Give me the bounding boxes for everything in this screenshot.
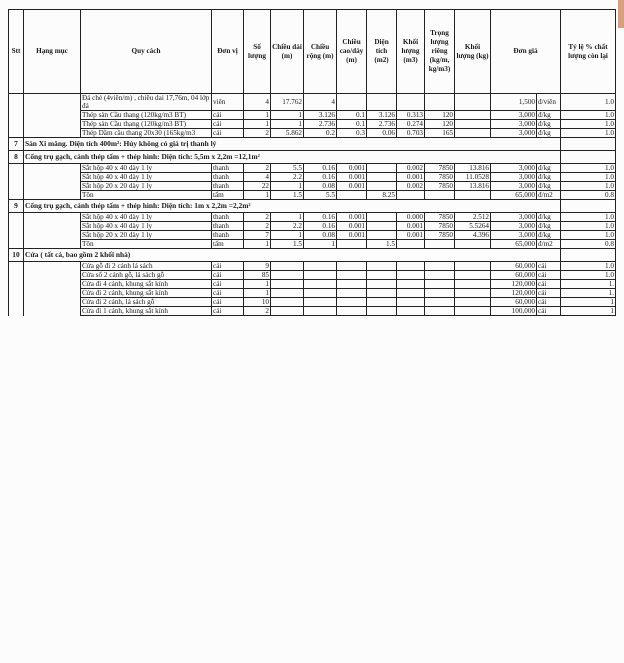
stt-cell bbox=[9, 240, 24, 249]
gia-dv-cell: đ/viên bbox=[537, 94, 561, 111]
dai-cell: 1 bbox=[271, 213, 304, 222]
gia-dv-cell: đ/kg bbox=[537, 222, 561, 231]
hang-muc-cell bbox=[24, 280, 81, 289]
stt-cell bbox=[9, 289, 24, 298]
rong-cell: 2.736 bbox=[304, 120, 337, 129]
kl-m3-cell: 0.703 bbox=[397, 129, 425, 138]
cao-cell: 0.001 bbox=[337, 231, 367, 240]
kl-m3-cell: 0.000 bbox=[397, 213, 425, 222]
rong-cell: 3.126 bbox=[304, 111, 337, 120]
kl-kg-cell bbox=[455, 129, 491, 138]
trong-luong-cell: 120 bbox=[425, 120, 455, 129]
quy-cach-cell: Cửa đi 1 cánh, khung sắt kính bbox=[81, 307, 212, 316]
kl-m3-cell bbox=[397, 280, 425, 289]
dien-tich-cell: 2.736 bbox=[367, 120, 397, 129]
quy-cach-cell: Thép sàn Cầu thang (120kg/m3 BT) bbox=[81, 120, 212, 129]
don-vi-cell: cái bbox=[212, 129, 244, 138]
so-luong-cell: 1 bbox=[244, 111, 271, 120]
ty-le-cell: 1.0 bbox=[561, 164, 616, 173]
cao-cell bbox=[337, 280, 367, 289]
dien-tich-cell bbox=[367, 262, 397, 271]
ty-le-cell: 1.0 bbox=[561, 231, 616, 240]
table-row: Sắt hộp 40 x 40 dày 1 lythanh210.160.001… bbox=[9, 213, 616, 222]
gia-cell: 3,000 bbox=[491, 231, 537, 240]
dai-cell: 1.5 bbox=[271, 191, 304, 200]
gia-cell: 120,000 bbox=[491, 289, 537, 298]
kl-kg-cell bbox=[455, 191, 491, 200]
don-vi-cell: cái bbox=[212, 298, 244, 307]
stt-cell bbox=[9, 164, 24, 173]
gia-cell: 100,000 bbox=[491, 307, 537, 316]
ty-le-cell: 1.0 bbox=[561, 262, 616, 271]
don-vi-cell: cái bbox=[212, 262, 244, 271]
stt-cell bbox=[9, 298, 24, 307]
ty-le-cell: 1.0 bbox=[561, 129, 616, 138]
dien-tich-cell bbox=[367, 298, 397, 307]
kl-m3-cell bbox=[397, 240, 425, 249]
gia-cell: 120,000 bbox=[491, 280, 537, 289]
dien-tich-cell bbox=[367, 213, 397, 222]
ty-le-cell: 1.0 bbox=[561, 222, 616, 231]
gia-dv-cell: đ/kg bbox=[537, 231, 561, 240]
rong-cell: 0.16 bbox=[304, 164, 337, 173]
cao-cell: 0.001 bbox=[337, 222, 367, 231]
kl-m3-cell bbox=[397, 94, 425, 111]
section-row: 8Cổng trụ gạch, cánh thép tấm + thép hìn… bbox=[9, 151, 616, 164]
stt-cell bbox=[9, 173, 24, 182]
kl-m3-cell bbox=[397, 262, 425, 271]
gia-dv-cell: đ/kg bbox=[537, 213, 561, 222]
table-row: Sắt hộp 20 x 20 dày 1 lythanh710.080.001… bbox=[9, 231, 616, 240]
cao-cell: 0.001 bbox=[337, 182, 367, 191]
so-luong-cell: 9 bbox=[244, 262, 271, 271]
trong-luong-cell: 120 bbox=[425, 111, 455, 120]
gia-dv-cell: cái bbox=[537, 262, 561, 271]
section-title: Cổng trụ gạch, cánh thép tấm + thép hình… bbox=[24, 200, 561, 213]
table-row: Tôntấm11.511.565,000đ/m20.8 bbox=[9, 240, 616, 249]
hang-muc-cell bbox=[24, 298, 81, 307]
section-row: 7Sàn Xi măng. Diện tích 400m²: Hủy không… bbox=[9, 138, 616, 151]
trong-luong-cell bbox=[425, 240, 455, 249]
cao-cell: 0.1 bbox=[337, 120, 367, 129]
gia-dv-cell: đ/kg bbox=[537, 182, 561, 191]
ty-le-cell: 1.0 bbox=[561, 94, 616, 111]
don-vi-cell: thanh bbox=[212, 213, 244, 222]
so-luong-cell: 2 bbox=[244, 213, 271, 222]
dai-cell: 2.2 bbox=[271, 222, 304, 231]
rong-cell: 0.16 bbox=[304, 222, 337, 231]
table-row: Cửa gỗ đi 2 cánh lá sáchcái960,000cái1.0 bbox=[9, 262, 616, 271]
kl-m3-cell: 0.001 bbox=[397, 222, 425, 231]
dien-tich-cell bbox=[367, 307, 397, 316]
don-vi-cell: tấm bbox=[212, 240, 244, 249]
dien-tich-cell bbox=[367, 94, 397, 111]
don-vi-cell: thanh bbox=[212, 173, 244, 182]
so-luong-cell: 85 bbox=[244, 271, 271, 280]
quy-cach-cell: Sắt hộp 40 x 40 dày 1 ly bbox=[81, 222, 212, 231]
kl-m3-cell: 0.001 bbox=[397, 231, 425, 240]
don-vi-cell: cái bbox=[212, 307, 244, 316]
stt-cell bbox=[9, 94, 24, 111]
dai-cell: 1 bbox=[271, 182, 304, 191]
quy-cach-cell: Cửa đi 4 cánh, khung sắt kính bbox=[81, 280, 212, 289]
ty-le-cell: 1 bbox=[561, 307, 616, 316]
don-vi-cell: thanh bbox=[212, 164, 244, 173]
section-title: Cửa ( tất cả, bao gồm 2 khối nhà) bbox=[24, 249, 561, 262]
gia-dv-cell: đ/kg bbox=[537, 111, 561, 120]
col-trong-luong: Trọng lượng riêng (kg/m, kg/m3) bbox=[425, 10, 455, 94]
gia-dv-cell: đ/kg bbox=[537, 120, 561, 129]
dien-tich-cell: 0.06 bbox=[367, 129, 397, 138]
stt-cell bbox=[9, 182, 24, 191]
kl-m3-cell: 0.274 bbox=[397, 120, 425, 129]
col-so-luong: Số lượng bbox=[244, 10, 271, 94]
kl-m3-cell bbox=[397, 191, 425, 200]
quy-cach-cell: Tôn bbox=[81, 191, 212, 200]
cao-cell bbox=[337, 289, 367, 298]
trong-luong-cell bbox=[425, 94, 455, 111]
section-number: 10 bbox=[9, 249, 24, 262]
cao-cell bbox=[337, 94, 367, 111]
rong-cell: 0.2 bbox=[304, 129, 337, 138]
quy-cach-cell: Sắt hộp 40 x 40 dày 1 ly bbox=[81, 173, 212, 182]
hang-muc-cell bbox=[24, 94, 81, 111]
rong-cell: 0.16 bbox=[304, 213, 337, 222]
so-luong-cell: 1 bbox=[244, 191, 271, 200]
kl-m3-cell: 0.002 bbox=[397, 182, 425, 191]
gia-cell: 3,000 bbox=[491, 182, 537, 191]
gia-cell: 3,000 bbox=[491, 164, 537, 173]
trong-luong-cell bbox=[425, 280, 455, 289]
dai-cell bbox=[271, 271, 304, 280]
trong-luong-cell: 165 bbox=[425, 129, 455, 138]
gia-cell: 3,000 bbox=[491, 111, 537, 120]
gia-cell: 60,000 bbox=[491, 271, 537, 280]
table-row: Tôntấm11.55.58.2565,000đ/m20.8 bbox=[9, 191, 616, 200]
cao-cell: 0.001 bbox=[337, 213, 367, 222]
quy-cach-cell: Sắt hộp 40 x 40 dày 1 ly bbox=[81, 164, 212, 173]
rong-cell bbox=[304, 262, 337, 271]
dai-cell: 17.762 bbox=[271, 94, 304, 111]
dien-tich-cell bbox=[367, 231, 397, 240]
rong-cell bbox=[304, 307, 337, 316]
don-vi-cell: cái bbox=[212, 111, 244, 120]
rong-cell bbox=[304, 289, 337, 298]
section-row: 9Cổng trụ gạch, cánh thép tấm + thép hìn… bbox=[9, 200, 616, 213]
quy-cach-cell: Đá chẻ (4viên/m) , chiều dai 17,76m, 04 … bbox=[81, 94, 212, 111]
table-row: Cửa đi 1 cánh, khung sắt kínhcái2100,000… bbox=[9, 307, 616, 316]
rong-cell: 1 bbox=[304, 240, 337, 249]
stt-cell bbox=[9, 120, 24, 129]
gia-cell: 3,000 bbox=[491, 213, 537, 222]
so-luong-cell: 1 bbox=[244, 120, 271, 129]
table-row: Cửa đi 2 cánh, khung sắt kínhcái1120,000… bbox=[9, 289, 616, 298]
quy-cach-cell: Sắt hộp 40 x 40 dày 1 ly bbox=[81, 213, 212, 222]
cao-cell: 0.1 bbox=[337, 111, 367, 120]
table-row: Thép sàn Cầu thang (120kg/m3 BT)cái112.7… bbox=[9, 120, 616, 129]
trong-luong-cell: 7850 bbox=[425, 222, 455, 231]
hang-muc-cell bbox=[24, 164, 81, 173]
trong-luong-cell bbox=[425, 191, 455, 200]
quy-cach-cell: Tôn bbox=[81, 240, 212, 249]
ty-le-cell: 1.0 bbox=[561, 271, 616, 280]
asset-valuation-table: Stt Hạng mục Quy cách Đơn vị Số lượng Ch… bbox=[8, 9, 616, 316]
dien-tich-cell bbox=[367, 280, 397, 289]
hang-muc-cell bbox=[24, 173, 81, 182]
table-row: Sắt hộp 20 x 20 dày 1 lythanh2210.080.00… bbox=[9, 182, 616, 191]
kl-kg-cell: 13.816 bbox=[455, 182, 491, 191]
quy-cach-cell: Thép Dầm cầu thang 20x30 (165kg/m3 bbox=[81, 129, 212, 138]
stt-cell bbox=[9, 262, 24, 271]
col-ty-le: Tỷ lệ % chất lượng còn lại bbox=[561, 10, 616, 94]
hang-muc-cell bbox=[24, 231, 81, 240]
dien-tich-cell: 8.25 bbox=[367, 191, 397, 200]
so-luong-cell: 2 bbox=[244, 307, 271, 316]
hang-muc-cell bbox=[24, 213, 81, 222]
dien-tich-cell bbox=[367, 222, 397, 231]
kl-m3-cell: 0.001 bbox=[397, 173, 425, 182]
kl-kg-cell bbox=[455, 120, 491, 129]
so-luong-cell: 4 bbox=[244, 173, 271, 182]
scanned-document-page: Stt Hạng mục Quy cách Đơn vị Số lượng Ch… bbox=[0, 0, 624, 663]
hang-muc-cell bbox=[24, 129, 81, 138]
col-chieu-dai: Chiều dài (m) bbox=[271, 10, 304, 94]
ty-le-cell: 1. bbox=[561, 280, 616, 289]
hang-muc-cell bbox=[24, 240, 81, 249]
stt-cell bbox=[9, 222, 24, 231]
gia-cell: 1,500 bbox=[491, 94, 537, 111]
table-row: Thép sàn Cầu thang (120kg/m3 BT)cái113.1… bbox=[9, 111, 616, 120]
gia-cell: 3,000 bbox=[491, 173, 537, 182]
gia-dv-cell: cái bbox=[537, 271, 561, 280]
kl-kg-cell bbox=[455, 271, 491, 280]
table-row: Đá chẻ (4viên/m) , chiều dai 17,76m, 04 … bbox=[9, 94, 616, 111]
ty-le-cell: 1.0 bbox=[561, 120, 616, 129]
gia-dv-cell: đ/kg bbox=[537, 173, 561, 182]
stt-cell bbox=[9, 191, 24, 200]
trong-luong-cell: 7850 bbox=[425, 173, 455, 182]
col-stt: Stt bbox=[9, 10, 24, 94]
dai-cell: 1.5 bbox=[271, 240, 304, 249]
col-hang-muc: Hạng mục bbox=[24, 10, 81, 94]
quy-cach-cell: Cửa đi 2 cánh, lá sách gỗ bbox=[81, 298, 212, 307]
don-vi-cell: thanh bbox=[212, 231, 244, 240]
trong-luong-cell bbox=[425, 271, 455, 280]
ty-le-cell: 1.0 bbox=[561, 182, 616, 191]
col-khoi-luong-kg: Khối lượng (kg) bbox=[455, 10, 491, 94]
dai-cell: 2.2 bbox=[271, 173, 304, 182]
col-dien-tich: Diện tích (m2) bbox=[367, 10, 397, 94]
so-luong-cell: 4 bbox=[244, 94, 271, 111]
rong-cell bbox=[304, 280, 337, 289]
rong-cell bbox=[304, 271, 337, 280]
gia-cell: 3,000 bbox=[491, 120, 537, 129]
dai-cell bbox=[271, 289, 304, 298]
dai-cell: 5.5 bbox=[271, 164, 304, 173]
rong-cell: 0.16 bbox=[304, 173, 337, 182]
don-vi-cell: thanh bbox=[212, 182, 244, 191]
gia-cell: 60,000 bbox=[491, 298, 537, 307]
stt-cell bbox=[9, 231, 24, 240]
stt-cell bbox=[9, 307, 24, 316]
trong-luong-cell: 7850 bbox=[425, 164, 455, 173]
col-don-vi: Đơn vị bbox=[212, 10, 244, 94]
trong-luong-cell bbox=[425, 307, 455, 316]
table-header-row: Stt Hạng mục Quy cách Đơn vị Số lượng Ch… bbox=[9, 10, 616, 94]
dien-tich-cell: 1.5 bbox=[367, 240, 397, 249]
hang-muc-cell bbox=[24, 222, 81, 231]
hang-muc-cell bbox=[24, 271, 81, 280]
ty-le-cell: 1.0 bbox=[561, 213, 616, 222]
col-don-gia: Đơn giá bbox=[491, 10, 561, 94]
gia-cell: 3,000 bbox=[491, 129, 537, 138]
ty-le-cell: 1.0 bbox=[561, 173, 616, 182]
kl-kg-cell: 13.816 bbox=[455, 164, 491, 173]
dai-cell bbox=[271, 307, 304, 316]
trong-luong-cell: 7850 bbox=[425, 213, 455, 222]
stt-cell bbox=[9, 111, 24, 120]
dai-cell: 1 bbox=[271, 111, 304, 120]
cao-cell: 0.001 bbox=[337, 164, 367, 173]
kl-kg-cell: 11.0528 bbox=[455, 173, 491, 182]
cao-cell bbox=[337, 191, 367, 200]
kl-kg-cell bbox=[455, 262, 491, 271]
kl-m3-cell bbox=[397, 289, 425, 298]
kl-m3-cell: 0.002 bbox=[397, 164, 425, 173]
table-row: Cửa sổ 2 cánh gỗ, lá sách gỗcái8560,000c… bbox=[9, 271, 616, 280]
dai-cell bbox=[271, 298, 304, 307]
ty-le-cell: 1.0 bbox=[561, 111, 616, 120]
section-number: 7 bbox=[9, 138, 24, 151]
quy-cach-cell: Cửa gỗ đi 2 cánh lá sách bbox=[81, 262, 212, 271]
hang-muc-cell bbox=[24, 307, 81, 316]
so-luong-cell: 22 bbox=[244, 182, 271, 191]
rong-cell: 5.5 bbox=[304, 191, 337, 200]
trong-luong-cell: 7850 bbox=[425, 182, 455, 191]
section-empty-cell bbox=[561, 249, 616, 262]
don-vi-cell: thanh bbox=[212, 222, 244, 231]
section-empty-cell bbox=[561, 138, 616, 151]
hang-muc-cell bbox=[24, 262, 81, 271]
don-vi-cell: cái bbox=[212, 120, 244, 129]
dien-tich-cell bbox=[367, 289, 397, 298]
table-row: Cửa đi 2 cánh, lá sách gỗcái1060,000cái1 bbox=[9, 298, 616, 307]
col-chieu-cao: Chiều cao/dày (m) bbox=[337, 10, 367, 94]
cao-cell bbox=[337, 307, 367, 316]
section-title: Cổng trụ gạch, cánh thép tấm + thép hình… bbox=[24, 151, 561, 164]
kl-kg-cell bbox=[455, 240, 491, 249]
hang-muc-cell bbox=[24, 191, 81, 200]
rong-cell: 0.08 bbox=[304, 231, 337, 240]
section-number: 8 bbox=[9, 151, 24, 164]
hang-muc-cell bbox=[24, 182, 81, 191]
gia-dv-cell: đ/m2 bbox=[537, 191, 561, 200]
gia-dv-cell: đ/kg bbox=[537, 164, 561, 173]
section-row: 10Cửa ( tất cả, bao gồm 2 khối nhà) bbox=[9, 249, 616, 262]
dai-cell bbox=[271, 262, 304, 271]
so-luong-cell: 1 bbox=[244, 280, 271, 289]
kl-kg-cell bbox=[455, 289, 491, 298]
rong-cell: 4 bbox=[304, 94, 337, 111]
stt-cell bbox=[9, 213, 24, 222]
section-title: Sàn Xi măng. Diện tích 400m²: Hủy không … bbox=[24, 138, 561, 151]
kl-kg-cell: 5.5264 bbox=[455, 222, 491, 231]
scan-edge-mark bbox=[618, 0, 624, 28]
so-luong-cell: 2 bbox=[244, 129, 271, 138]
gia-cell: 60,000 bbox=[491, 262, 537, 271]
gia-dv-cell: cái bbox=[537, 298, 561, 307]
quy-cach-cell: Sắt hộp 20 x 20 dày 1 ly bbox=[81, 182, 212, 191]
hang-muc-cell bbox=[24, 111, 81, 120]
dai-cell bbox=[271, 280, 304, 289]
dien-tich-cell bbox=[367, 182, 397, 191]
dai-cell: 5.862 bbox=[271, 129, 304, 138]
gia-dv-cell: cái bbox=[537, 307, 561, 316]
trong-luong-cell bbox=[425, 298, 455, 307]
quy-cach-cell: Cửa đi 2 cánh, khung sắt kính bbox=[81, 289, 212, 298]
kl-m3-cell bbox=[397, 307, 425, 316]
cao-cell bbox=[337, 271, 367, 280]
ty-le-cell: 0.8 bbox=[561, 191, 616, 200]
so-luong-cell: 7 bbox=[244, 231, 271, 240]
dien-tich-cell: 3.126 bbox=[367, 111, 397, 120]
dien-tich-cell bbox=[367, 271, 397, 280]
don-vi-cell: cái bbox=[212, 289, 244, 298]
kl-kg-cell bbox=[455, 111, 491, 120]
so-luong-cell: 2 bbox=[244, 222, 271, 231]
rong-cell: 0.08 bbox=[304, 182, 337, 191]
gia-dv-cell: đ/kg bbox=[537, 129, 561, 138]
kl-kg-cell bbox=[455, 280, 491, 289]
section-number: 9 bbox=[9, 200, 24, 213]
so-luong-cell: 1 bbox=[244, 240, 271, 249]
gia-dv-cell: cái bbox=[537, 289, 561, 298]
stt-cell bbox=[9, 129, 24, 138]
dai-cell: 1 bbox=[271, 231, 304, 240]
dai-cell: 1 bbox=[271, 120, 304, 129]
col-quy-cach: Quy cách bbox=[81, 10, 212, 94]
quy-cach-cell: Cửa sổ 2 cánh gỗ, lá sách gỗ bbox=[81, 271, 212, 280]
kl-m3-cell: 0.313 bbox=[397, 111, 425, 120]
ty-le-cell: 1 bbox=[561, 298, 616, 307]
table-row: Sắt hộp 40 x 40 dày 1 lythanh22.20.160.0… bbox=[9, 222, 616, 231]
table-row: Sắt hộp 40 x 40 dày 1 lythanh25.50.160.0… bbox=[9, 164, 616, 173]
cao-cell: 0.001 bbox=[337, 173, 367, 182]
kl-m3-cell bbox=[397, 271, 425, 280]
don-vi-cell: cái bbox=[212, 280, 244, 289]
gia-dv-cell: đ/m2 bbox=[537, 240, 561, 249]
kl-kg-cell: 2.512 bbox=[455, 213, 491, 222]
section-empty-cell bbox=[561, 151, 616, 164]
dien-tich-cell bbox=[367, 173, 397, 182]
gia-cell: 3,000 bbox=[491, 222, 537, 231]
dien-tich-cell bbox=[367, 164, 397, 173]
ty-le-cell: 0.8 bbox=[561, 240, 616, 249]
kl-kg-cell bbox=[455, 94, 491, 111]
ty-le-cell: 1. bbox=[561, 289, 616, 298]
cao-cell bbox=[337, 298, 367, 307]
section-empty-cell bbox=[561, 200, 616, 213]
trong-luong-cell: 7850 bbox=[425, 231, 455, 240]
stt-cell bbox=[9, 280, 24, 289]
so-luong-cell: 2 bbox=[244, 164, 271, 173]
quy-cach-cell: Sắt hộp 20 x 20 dày 1 ly bbox=[81, 231, 212, 240]
gia-cell: 65,000 bbox=[491, 191, 537, 200]
kl-kg-cell: 4.396 bbox=[455, 231, 491, 240]
so-luong-cell: 10 bbox=[244, 298, 271, 307]
gia-dv-cell: cái bbox=[537, 280, 561, 289]
trong-luong-cell bbox=[425, 289, 455, 298]
